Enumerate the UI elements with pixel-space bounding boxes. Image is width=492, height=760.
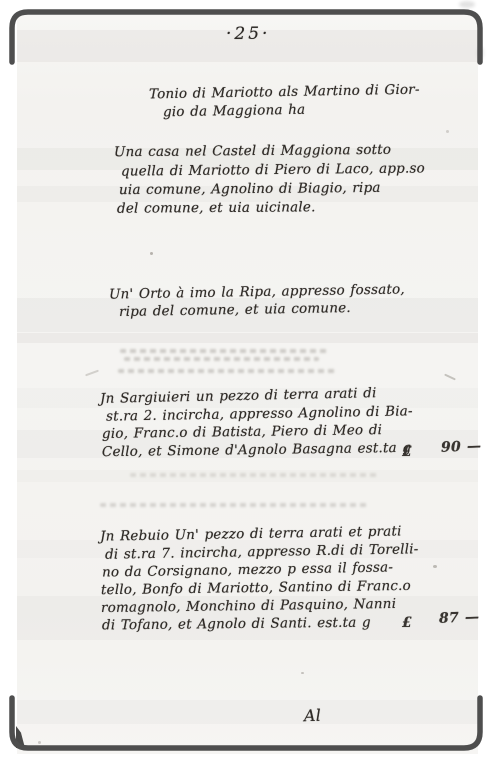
ink-show-through <box>100 503 370 507</box>
ink-show-through <box>124 357 319 361</box>
entry-casa-line: quella di Mariotto di Piero di Laco, app… <box>121 162 425 179</box>
entry-rebuio-line: di Tofano, et Agnolo di Santi. est.ta g <box>102 617 371 633</box>
entry-casa-line: uia comune, Agnolino di Biagio, ripa <box>119 182 381 198</box>
paper-sheet <box>17 14 478 754</box>
paper-speck <box>38 741 41 744</box>
page-number: ·25· <box>226 26 270 43</box>
paper-speck <box>301 672 304 674</box>
ink-show-through <box>120 349 330 353</box>
heading-line: gio da Maggiona ha <box>163 104 306 120</box>
manuscript-scan-page: ·25· Tonio di Mariotto als Martino di Gi… <box>0 0 492 760</box>
paper-speck <box>433 565 437 568</box>
catchword: Al <box>304 708 322 725</box>
ink-show-through <box>118 369 338 373</box>
entry-sargiuieri-currency: £ <box>402 445 412 459</box>
ink-show-through <box>130 473 380 477</box>
entry-sargiuieri-amount: 90 — <box>441 439 482 454</box>
entry-casa-line: del comune, et uia uicinale. <box>117 201 316 216</box>
paper-speck <box>446 130 449 133</box>
entry-rebuio-amount: 87 — <box>439 610 480 625</box>
scan-smudge <box>459 1 475 8</box>
entry-rebuio-currency: £ <box>402 616 412 630</box>
entry-casa-line: Una casa nel Castel di Maggiona sotto <box>114 144 391 160</box>
scan-smudge <box>477 47 484 59</box>
paper-speck <box>150 252 153 255</box>
